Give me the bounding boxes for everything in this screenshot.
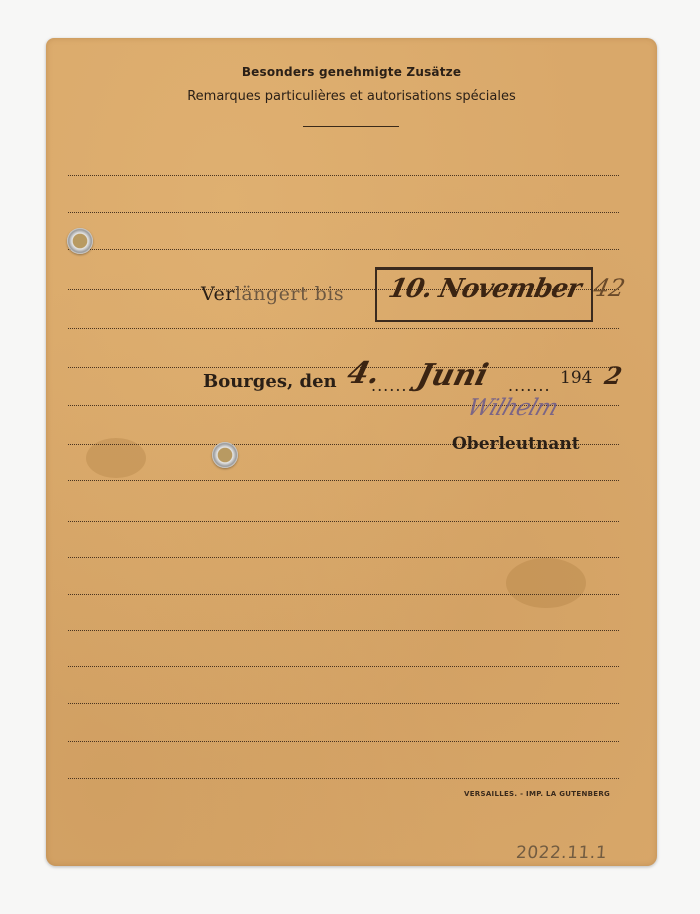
ruled-line — [68, 630, 619, 631]
ruled-line — [68, 594, 619, 595]
ruled-line — [68, 480, 619, 481]
place-text: Bourges, den — [203, 371, 337, 392]
officer-rank: Oberleutnant — [452, 434, 580, 454]
printer-imprint: VERSAILLES. - IMP. LA GUTENBERG — [464, 790, 610, 798]
issue-month: Juni — [414, 358, 492, 393]
dots-filler: ........ — [371, 376, 420, 395]
paper-stain — [506, 558, 586, 608]
ruled-line — [68, 557, 619, 558]
document-page: Besonders genehmigte Zusätze Remarques p… — [46, 38, 657, 866]
ruled-line — [68, 741, 619, 742]
extension-label: Verlängert bis — [201, 283, 344, 305]
extension-label-suffix: längert bis — [235, 283, 344, 305]
heading-french: Remarques particulières et autorisations… — [46, 89, 657, 104]
ruled-line — [68, 328, 619, 329]
inventory-number: 2022.11.1 — [515, 843, 607, 863]
issue-year-handwritten: 2 — [602, 361, 624, 390]
extension-date: 10. November — [386, 274, 583, 304]
heading-underline — [303, 126, 399, 127]
ruled-line — [68, 666, 619, 667]
ruled-line — [68, 367, 619, 368]
issue-year-printed: 194 — [560, 368, 592, 388]
heading-german: Besonders genehmigte Zusätze — [46, 65, 657, 79]
signature: Wilhelm — [464, 395, 561, 421]
ruled-line — [68, 175, 619, 176]
ruled-line — [68, 249, 619, 250]
ruled-line — [68, 778, 619, 779]
ruled-line — [68, 212, 619, 213]
dots-filler: ....... — [508, 376, 551, 395]
extension-label-prefix: Ver — [201, 283, 235, 305]
grommet-top — [67, 228, 93, 254]
extension-year: 42 — [591, 274, 627, 302]
ruled-line — [68, 521, 619, 522]
place-label: Bourges, den — [203, 371, 337, 392]
grommet-middle — [212, 442, 238, 468]
ruled-line — [68, 703, 619, 704]
